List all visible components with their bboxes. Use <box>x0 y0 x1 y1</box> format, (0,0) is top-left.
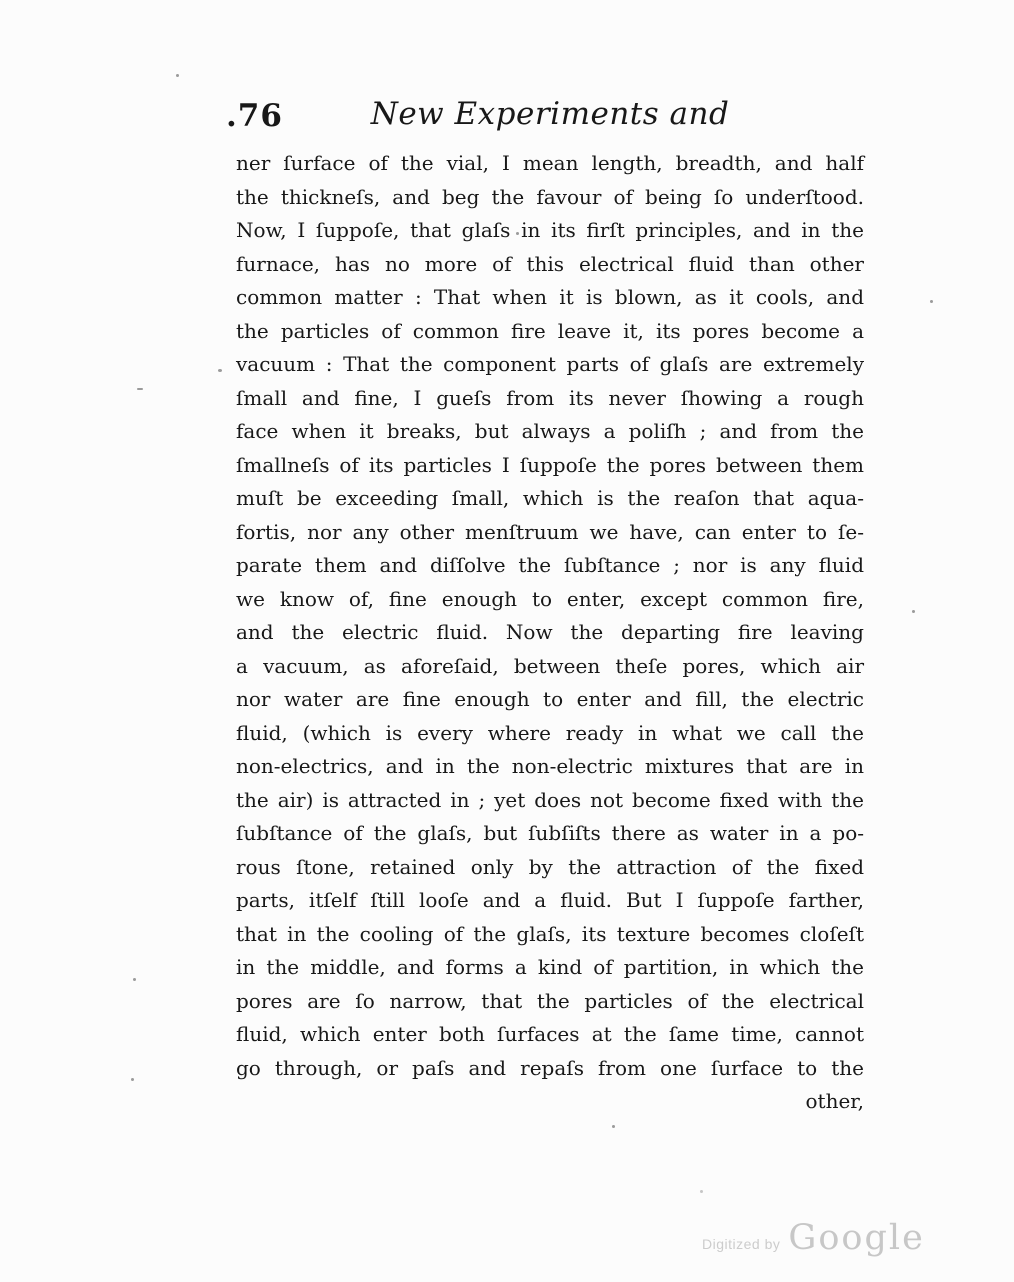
scan-speck <box>612 1125 615 1128</box>
text-line: vacuum : That the component parts of gla… <box>236 348 864 382</box>
text-line: pores are ſo narrow, that the particles … <box>236 985 864 1019</box>
text-line: and the electric fluid. Now the departin… <box>236 616 864 650</box>
text-line: the air) is attracted in ; yet does not … <box>236 784 864 818</box>
scan-speck <box>700 1190 703 1193</box>
text-line: rous ſtone, retained only by the attract… <box>236 851 864 885</box>
text-line: in the middle, and forms a kind of parti… <box>236 951 864 985</box>
text-line: nor water are fine enough to enter and f… <box>236 683 864 717</box>
text-line: fortis, nor any other menſtruum we have,… <box>236 516 864 550</box>
text-line: we know of, fine enough to enter, except… <box>236 583 864 617</box>
scan-speck <box>137 388 143 390</box>
running-title: New Experiments and <box>236 96 864 132</box>
text-line: furnace, has no more of this electrical … <box>236 248 864 282</box>
watermark: Digitized by Google <box>702 1218 925 1258</box>
text-line: fluid, which enter both ſurfaces at the … <box>236 1018 864 1052</box>
text-line: face when it breaks, but always a poliſh… <box>236 415 864 449</box>
catchword: other, <box>236 1085 864 1119</box>
text-line: ſubſtance of the glaſs, but ſubſiſts the… <box>236 817 864 851</box>
text-line: muſt be exceeding ſmall, which is the re… <box>236 482 864 516</box>
scan-speck <box>912 610 915 613</box>
text-line: parate them and diſſolve the ſubſtance ;… <box>236 549 864 583</box>
text-line: the particles of common fire leave it, i… <box>236 315 864 349</box>
text-line: fluid, (which is every where ready in wh… <box>236 717 864 751</box>
text-line: ſmall and fine, I gueſs from its never ſ… <box>236 382 864 416</box>
running-head: .76 New Experiments and <box>236 96 864 140</box>
scan-speck <box>131 1078 134 1081</box>
text-line: Now, I ſuppoſe, that glaſs in its firſt … <box>236 214 864 248</box>
text-line: common matter : That when it is blown, a… <box>236 281 864 315</box>
book-page-scan: .76 New Experiments and ner ſurface of t… <box>0 0 1014 1282</box>
google-logo: Google <box>788 1218 924 1258</box>
text-line: the thickneſs, and beg the favour of bei… <box>236 181 864 215</box>
scan-speck <box>930 300 933 303</box>
text-line: parts, itſelf ſtill looſe and a fluid. B… <box>236 884 864 918</box>
text-line: ſmallneſs of its particles I ſuppoſe the… <box>236 449 864 483</box>
scan-speck <box>176 74 179 77</box>
scan-speck <box>218 369 222 372</box>
digitized-by-label: Digitized by <box>702 1236 780 1252</box>
text-line: that in the cooling of the glaſs, its te… <box>236 918 864 952</box>
text-line: ner ſurface of the vial, I mean length, … <box>236 147 864 181</box>
scan-speck <box>516 232 519 235</box>
scan-speck <box>133 978 136 981</box>
body-text: ner ſurface of the vial, I mean length, … <box>236 147 864 1119</box>
text-line: go through, or paſs and repaſs from one … <box>236 1052 864 1086</box>
text-line: non-electrics, and in the non-electric m… <box>236 750 864 784</box>
text-line: a vacuum, as aforeſaid, between theſe po… <box>236 650 864 684</box>
